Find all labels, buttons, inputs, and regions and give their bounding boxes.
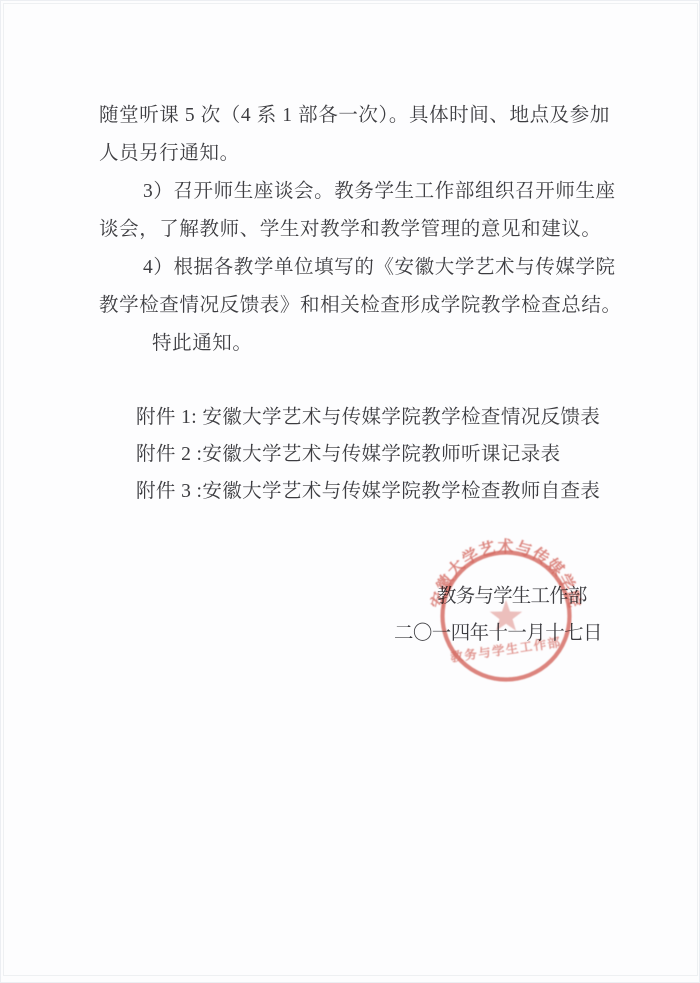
body-line: 人员另行通知。 [99,135,607,173]
body-line: 随堂听课 5 次（4 系 1 部各一次）。具体时间、地点及参加 [99,97,607,135]
attachment-list: 附件 1: 安徽大学艺术与传媒学院教学检查情况反馈表 附件 2 :安徽大学艺术与… [136,399,616,510]
signature-department: 教务与学生工作部 [437,584,587,610]
body-line: 谈会，了解教师、学生对教学和教学管理的意见和建议。 [99,211,607,249]
body-line: 教学检查情况反馈表》和相关检查形成学院教学检查总结。 [99,287,607,325]
body-line: 特此通知。 [99,325,607,363]
official-seal: 安徽大学艺术与传媒学院 教务与学生工作部 [416,526,596,706]
seal-ring [443,553,570,680]
document-page: 随堂听课 5 次（4 系 1 部各一次）。具体时间、地点及参加 人员另行通知。 … [0,0,700,983]
body-line: 4）根据各教学单位填写的《安徽大学艺术与传媒学院 [99,249,607,287]
date-line: 二〇一四年十一月十七日 [394,621,602,647]
attachment-line: 附件 3 :安徽大学艺术与传媒学院教学检查教师自查表 [136,473,616,510]
body-text: 随堂听课 5 次（4 系 1 部各一次）。具体时间、地点及参加 人员另行通知。 … [99,97,607,363]
body-line: 3）召开师生座谈会。教务学生工作部组织召开师生座 [99,173,607,211]
attachment-line: 附件 1: 安徽大学艺术与传媒学院教学检查情况反馈表 [136,399,616,436]
attachment-line: 附件 2 :安徽大学艺术与传媒学院教师听课记录表 [136,436,616,473]
